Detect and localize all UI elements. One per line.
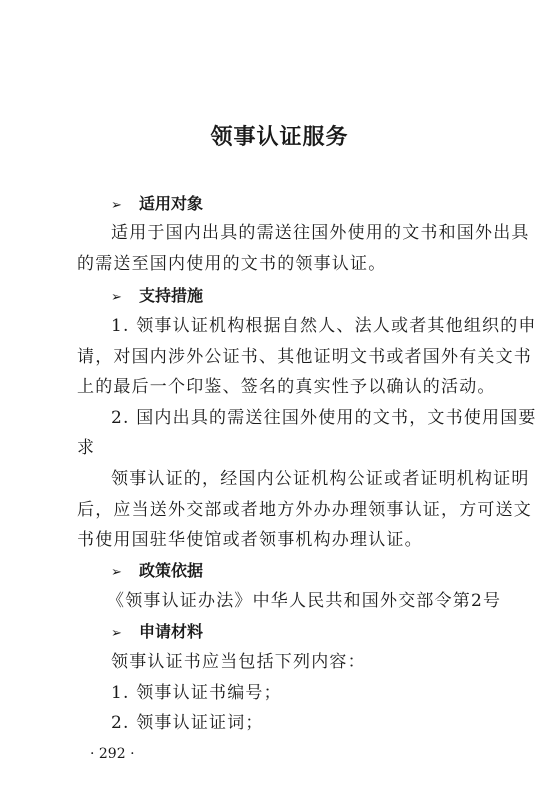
section-heading-applicable: ➢适用对象 — [111, 193, 203, 217]
paragraph-line: 的需送至国内使用的文书的领事认证。 — [77, 253, 487, 275]
section-heading-policy: ➢政策依据 — [111, 560, 203, 584]
section-heading-support: ➢支持措施 — [111, 285, 203, 309]
paragraph-line: 后，应当送外交部或者地方外办办理领事认证，方可送文 — [77, 499, 487, 521]
list-item: 1. 领事认证书编号； — [111, 682, 521, 704]
arrow-bullet-icon: ➢ — [111, 562, 139, 584]
section-heading-label: 申请材料 — [139, 622, 203, 641]
paragraph-line: 求 — [77, 437, 487, 459]
paragraph-line: 书使用国驻华使馆或者领事机构办理认证。 — [77, 529, 487, 551]
paragraph-line: 2. 国内出具的需送往国外使用的文书，文书使用国要 — [111, 407, 521, 429]
paragraph-line: 领事认证书应当包括下列内容： — [111, 651, 521, 673]
section-heading-label: 适用对象 — [139, 194, 203, 213]
arrow-bullet-icon: ➢ — [111, 623, 139, 645]
section-heading-label: 支持措施 — [139, 286, 203, 305]
list-item: 2. 领事认证证词； — [111, 712, 521, 734]
arrow-bullet-icon: ➢ — [111, 195, 139, 217]
page-title: 领事认证服务 — [0, 122, 559, 152]
arrow-bullet-icon: ➢ — [111, 287, 139, 309]
paragraph-line: 上的最后一个印鉴、签名的真实性予以确认的活动。 — [77, 376, 487, 398]
paragraph-line: 领事认证的，经国内公证机构公证或者证明机构证明 — [111, 468, 521, 490]
page-number: · 292 · — [90, 744, 135, 764]
section-heading-materials: ➢申请材料 — [111, 621, 203, 645]
paragraph-line: 适用于国内出具的需送往国外使用的文书和国外出具 — [111, 222, 521, 244]
paragraph-line: 请，对国内涉外公证书、其他证明文书或者国外有关文书 — [77, 346, 487, 368]
paragraph-line: 1. 领事认证机构根据自然人、法人或者其他组织的申 — [111, 315, 521, 337]
paragraph-line: 《领事认证办法》中华人民共和国外交部令第2号 — [107, 590, 517, 612]
section-heading-label: 政策依据 — [139, 561, 203, 580]
